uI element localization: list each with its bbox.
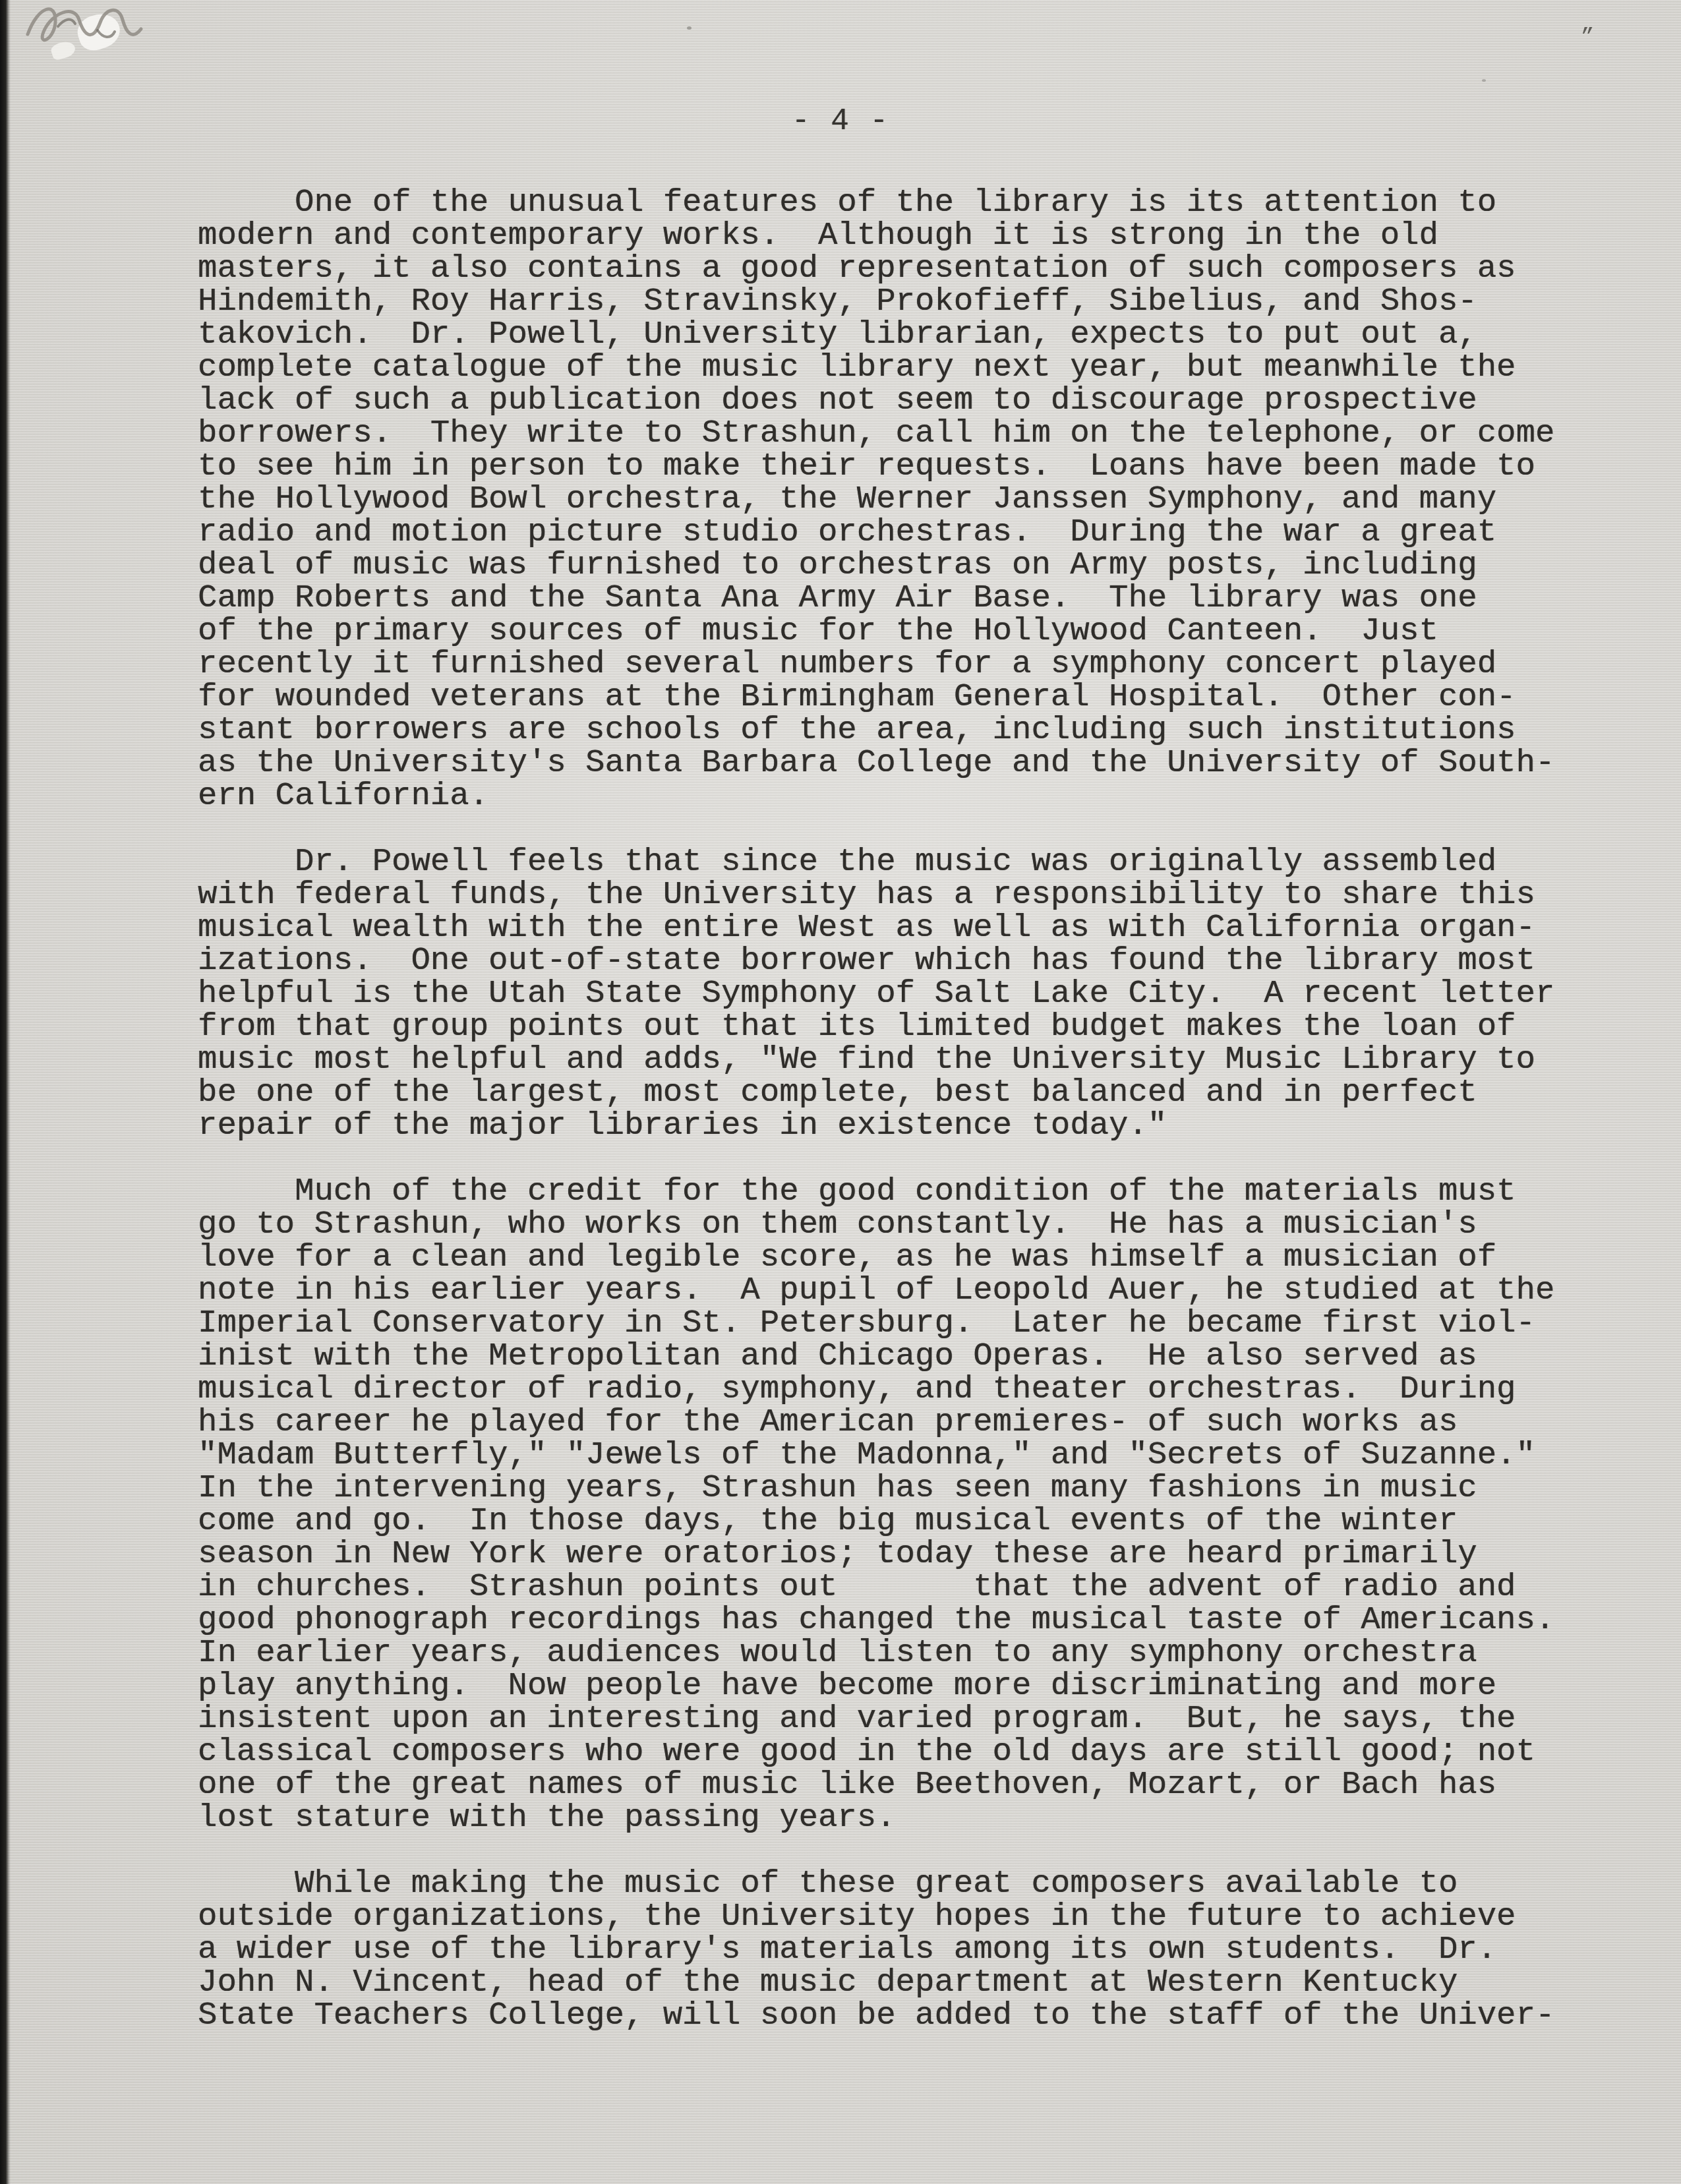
text-line: lost stature with the passing years.	[198, 1801, 1608, 1834]
text-line: his career he played for the American pr…	[198, 1405, 1608, 1438]
text-line: While making the music of these great co…	[198, 1867, 1608, 1900]
text-line: izations. One out-of-state borrower whic…	[198, 944, 1608, 977]
text-line: music most helpful and adds, "We find th…	[198, 1043, 1608, 1076]
text-line: in churches. Strashun points out that th…	[198, 1570, 1608, 1603]
text-line: State Teachers College, will soon be add…	[198, 1999, 1608, 2032]
text-line: play anything. Now people have become mo…	[198, 1669, 1608, 1702]
pencil-scribble-icon	[18, 0, 177, 73]
paper-speck	[687, 26, 692, 30]
text-line: good phonograph recordings has changed t…	[198, 1603, 1608, 1636]
text-line: love for a clean and legible score, as h…	[198, 1241, 1608, 1274]
paper-speck	[1482, 79, 1486, 82]
text-line: be one of the largest, most complete, be…	[198, 1076, 1608, 1109]
text-line: Imperial Conservatory in St. Petersburg.…	[198, 1307, 1608, 1340]
ink-speck: ”	[1581, 25, 1594, 50]
text-line: takovich. Dr. Powell, University librari…	[198, 318, 1608, 351]
text-line: Dr. Powell feels that since the music wa…	[198, 845, 1608, 878]
text-line: radio and motion picture studio orchestr…	[198, 516, 1608, 548]
text-line: as the University's Santa Barbara Colleg…	[198, 746, 1608, 779]
text-line: In earlier years, audiences would listen…	[198, 1636, 1608, 1669]
text-line: from that group points out that its limi…	[198, 1010, 1608, 1043]
text-line: masters, it also contains a good represe…	[198, 252, 1608, 285]
scanned-page: ” - 4 - One of the unusual features of t…	[0, 0, 1681, 2184]
text-line: note in his earlier years. A pupil of Le…	[198, 1274, 1608, 1307]
scanner-edge-strip	[0, 0, 11, 2184]
text-line: the Hollywood Bowl orchestra, the Werner…	[198, 483, 1608, 516]
text-line: to see him in person to make their reque…	[198, 450, 1608, 483]
text-line: of the primary sources of music for the …	[198, 614, 1608, 647]
text-line: season in New York were oratorios; today…	[198, 1537, 1608, 1570]
text-line: borrowers. They write to Strashun, call …	[198, 417, 1608, 450]
text-line: Camp Roberts and the Santa Ana Army Air …	[198, 581, 1608, 614]
text-line: Hindemith, Roy Harris, Stravinsky, Proko…	[198, 285, 1608, 318]
page-number: - 4 -	[0, 104, 1681, 138]
text-line: come and go. In those days, the big musi…	[198, 1504, 1608, 1537]
text-line: helpful is the Utah State Symphony of Sa…	[198, 977, 1608, 1010]
text-line: for wounded veterans at the Birmingham G…	[198, 680, 1608, 713]
text-line: recently it furnished several numbers fo…	[198, 647, 1608, 680]
text-line: musical wealth with the entire West as w…	[198, 911, 1608, 944]
document-body: One of the unusual features of the libra…	[198, 186, 1608, 2032]
paragraph: While making the music of these great co…	[198, 1867, 1608, 2032]
text-line: repair of the major libraries in existen…	[198, 1109, 1608, 1142]
text-line: Much of the credit for the good conditio…	[198, 1175, 1608, 1208]
text-line: one of the great names of music like Bee…	[198, 1768, 1608, 1801]
text-line: with federal funds, the University has a…	[198, 878, 1608, 911]
text-line: modern and contemporary works. Although …	[198, 219, 1608, 252]
text-line: outside organizations, the University ho…	[198, 1900, 1608, 1933]
text-line: musical director of radio, symphony, and…	[198, 1372, 1608, 1405]
text-line: go to Strashun, who works on them consta…	[198, 1208, 1608, 1241]
paragraph: Dr. Powell feels that since the music wa…	[198, 845, 1608, 1142]
paragraph: One of the unusual features of the libra…	[198, 186, 1608, 812]
text-line: insistent upon an interesting and varied…	[198, 1702, 1608, 1735]
text-line: deal of music was furnished to orchestra…	[198, 548, 1608, 581]
text-line: "Madam Butterfly," "Jewels of the Madonn…	[198, 1438, 1608, 1471]
text-line: lack of such a publication does not seem…	[198, 384, 1608, 417]
text-line: complete catalogue of the music library …	[198, 351, 1608, 384]
text-line: In the intervening years, Strashun has s…	[198, 1471, 1608, 1504]
text-line: inist with the Metropolitan and Chicago …	[198, 1340, 1608, 1372]
text-line: One of the unusual features of the libra…	[198, 186, 1608, 219]
text-line: classical composers who were good in the…	[198, 1735, 1608, 1768]
paragraph: Much of the credit for the good conditio…	[198, 1175, 1608, 1834]
text-line: stant borrowers are schools of the area,…	[198, 713, 1608, 746]
text-line: ern California.	[198, 779, 1608, 812]
text-line: a wider use of the library's materials a…	[198, 1933, 1608, 1966]
text-line: John N. Vincent, head of the music depar…	[198, 1966, 1608, 1999]
